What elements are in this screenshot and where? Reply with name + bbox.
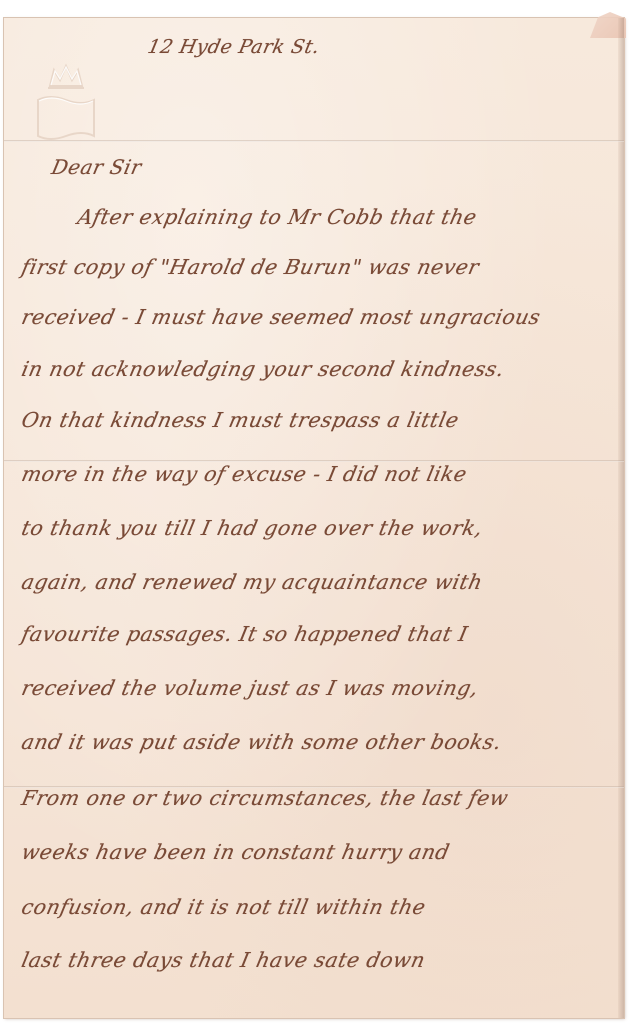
letter-line: favourite passages. It so happened that … [19, 622, 624, 646]
sender-address: 12 Hyde Park St. [146, 36, 322, 58]
letter-line: weeks have been in constant hurry and [19, 840, 624, 864]
letter-line: last three days that I have sate down [19, 948, 624, 972]
letter-line: received - I must have seemed most ungra… [19, 305, 624, 329]
letter-line: in not acknowledging your second kindnes… [19, 357, 624, 381]
salutation: Dear Sir [49, 155, 143, 179]
letter-line: received the volume just as I was moving… [19, 676, 624, 700]
letter-line: more in the way of excuse - I did not li… [19, 462, 624, 486]
letter-line: On that kindness I must trespass a littl… [19, 408, 624, 432]
letter-line: From one or two circumstances, the last … [19, 786, 624, 810]
letter-line: to thank you till I had gone over the wo… [19, 516, 624, 540]
letter-line: and it was put aside with some other boo… [19, 730, 624, 754]
letter-line: again, and renewed my acquaintance with [19, 570, 624, 594]
letter-line: first copy of "Harold de Burun" was neve… [19, 255, 624, 279]
letter-line: confusion, and it is not till within the [19, 895, 624, 919]
letter-line: After explaining to Mr Cobb that the [75, 205, 636, 229]
embossed-crest-icon [30, 60, 102, 152]
